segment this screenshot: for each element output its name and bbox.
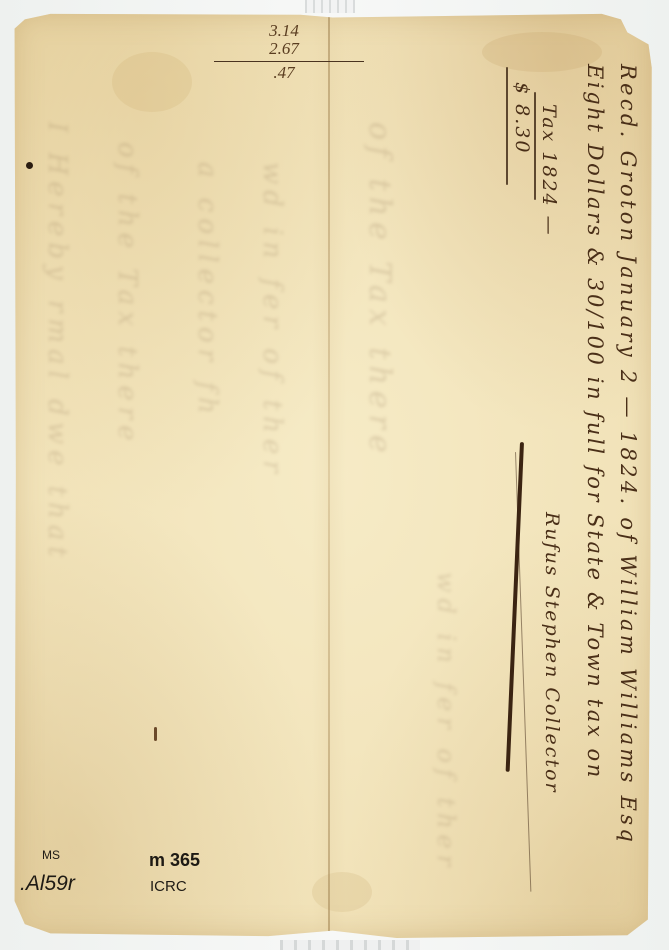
center-fold-line xyxy=(328,12,330,938)
arithmetic-rule xyxy=(214,61,364,62)
docket-line-2: $ 8.30 xyxy=(512,82,531,202)
collector-signature: Rufus Stephen Collector xyxy=(542,512,561,832)
arithmetic-line-1: 3.14 xyxy=(234,22,334,40)
bleed-through-text: a collector fh xyxy=(192,162,222,842)
stain xyxy=(112,52,192,112)
bleed-through-text: wd in fer of ther xyxy=(432,572,460,772)
archival-label-icrc: ICRC xyxy=(150,878,187,895)
ink-spot xyxy=(154,727,157,741)
bleed-through-text: wd in fer of ther xyxy=(257,162,287,812)
bleed-through-text: of the Tax there xyxy=(362,122,397,442)
arithmetic-line-2: 2.67 xyxy=(234,40,334,58)
bleed-through-text: of the Tax there xyxy=(112,142,142,842)
signature-flourish-thin xyxy=(515,452,531,892)
receipt-line-1: Recd. Groton January 2 — 1824. of Willia… xyxy=(617,64,638,914)
archival-call-number: .Al59r xyxy=(20,872,75,896)
docket-underline xyxy=(506,67,508,185)
document-sheet: I Hereby rmal dwe that of the Tax there … xyxy=(12,12,653,938)
scanner-clip-bottom xyxy=(280,940,420,950)
docket-underline xyxy=(534,92,536,200)
arithmetic-result: .47 xyxy=(234,64,334,82)
receipt-line-2: Eight Dollars & 30/100 in full for State… xyxy=(584,64,605,714)
bleed-through-text: I Hereby rmal dwe that xyxy=(42,122,72,872)
docket-line-1: Tax 1824 — xyxy=(539,104,558,284)
archival-label-ms: MS xyxy=(42,848,60,862)
arithmetic-note: 3.14 2.67 .47 xyxy=(234,22,334,82)
ink-spot xyxy=(26,162,33,169)
scanner-clip-top xyxy=(305,0,355,13)
archival-label-m365: m 365 xyxy=(149,850,200,871)
